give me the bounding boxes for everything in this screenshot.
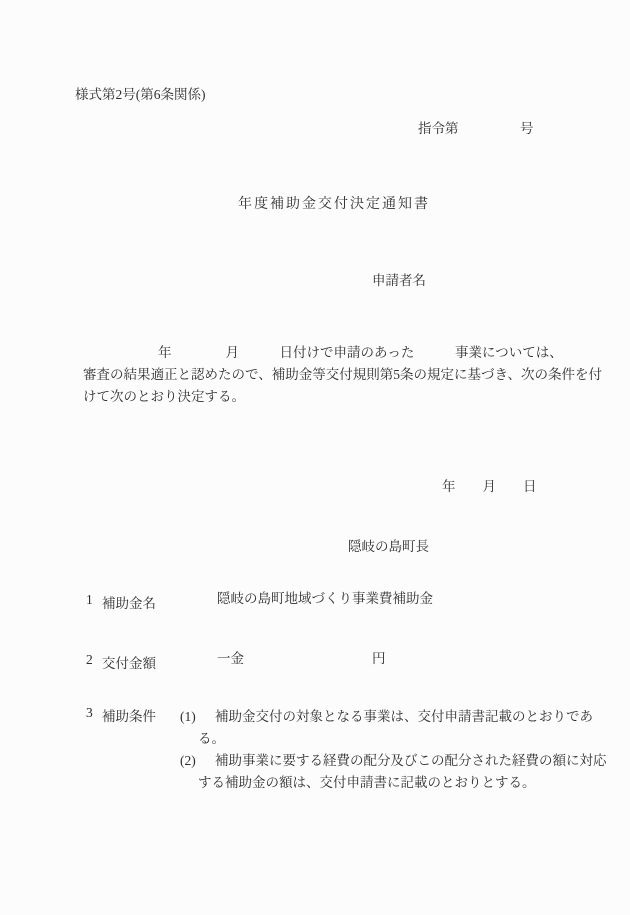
item2-label-grant-amount: 交付金額 xyxy=(102,652,156,672)
body-paragraph-line1-suffix: 事業については、 xyxy=(455,346,563,360)
item2-amount-yen-suffix: 円 xyxy=(372,652,386,666)
item3-number: 3 xyxy=(86,705,93,721)
body-paragraph-line3: けて次のとおり決定する。 xyxy=(83,390,245,404)
item2-amount-prefix: 一金 xyxy=(217,652,244,666)
item1-value-subsidy-name: 隠岐の島町地域づくり事業費補助金 xyxy=(217,592,433,606)
condition-2-line1: (2)補助事業に要する経費の配分及びこの配分された経費の額に対応 xyxy=(180,749,607,769)
applicant-name-label: 申請者名 xyxy=(372,274,426,288)
mayor-signature-line: 隠岐の島町長 xyxy=(348,540,429,554)
condition-1-number: (1) xyxy=(180,709,215,725)
condition-2-line2: する補助金の額は、交付申請書に記載のとおりとする。 xyxy=(198,771,536,791)
item3-label-subsidy-conditions: 補助条件 xyxy=(102,705,156,725)
directive-number-suffix: 号 xyxy=(520,122,534,136)
form-number: 様式第2号(第6条関係) xyxy=(75,88,206,102)
condition-1-text: 補助金交付の対象となる事業は、交付申請書記載のとおりであ xyxy=(215,709,593,724)
condition-1-line1: (1)補助金交付の対象となる事業は、交付申請書記載のとおりであ xyxy=(180,705,593,725)
condition-2-number: (2) xyxy=(180,753,215,769)
item1-number: 1 xyxy=(86,592,93,608)
condition-1-line2: る。 xyxy=(198,727,225,747)
body-paragraph-line2: 審査の結果適正と認めたので、補助金等交付規則第5条の規定に基づき、次の条件を付 xyxy=(83,368,602,382)
directive-number-label: 指令第 xyxy=(418,122,459,136)
item1-label-subsidy-name: 補助金名 xyxy=(102,592,156,612)
decision-date-line: 年 月 日 xyxy=(442,480,537,494)
item2-number: 2 xyxy=(86,652,93,668)
document-title: 年度補助金交付決定通知書 xyxy=(238,198,430,212)
condition-2-text: 補助事業に要する経費の配分及びこの配分された経費の額に対応 xyxy=(215,753,607,768)
body-paragraph-line1-date: 年 月 日付けで申請のあった xyxy=(158,346,414,360)
document-page: 様式第2号(第6条関係) 指令第 号 年度補助金交付決定通知書 申請者名 年 月… xyxy=(0,0,630,915)
